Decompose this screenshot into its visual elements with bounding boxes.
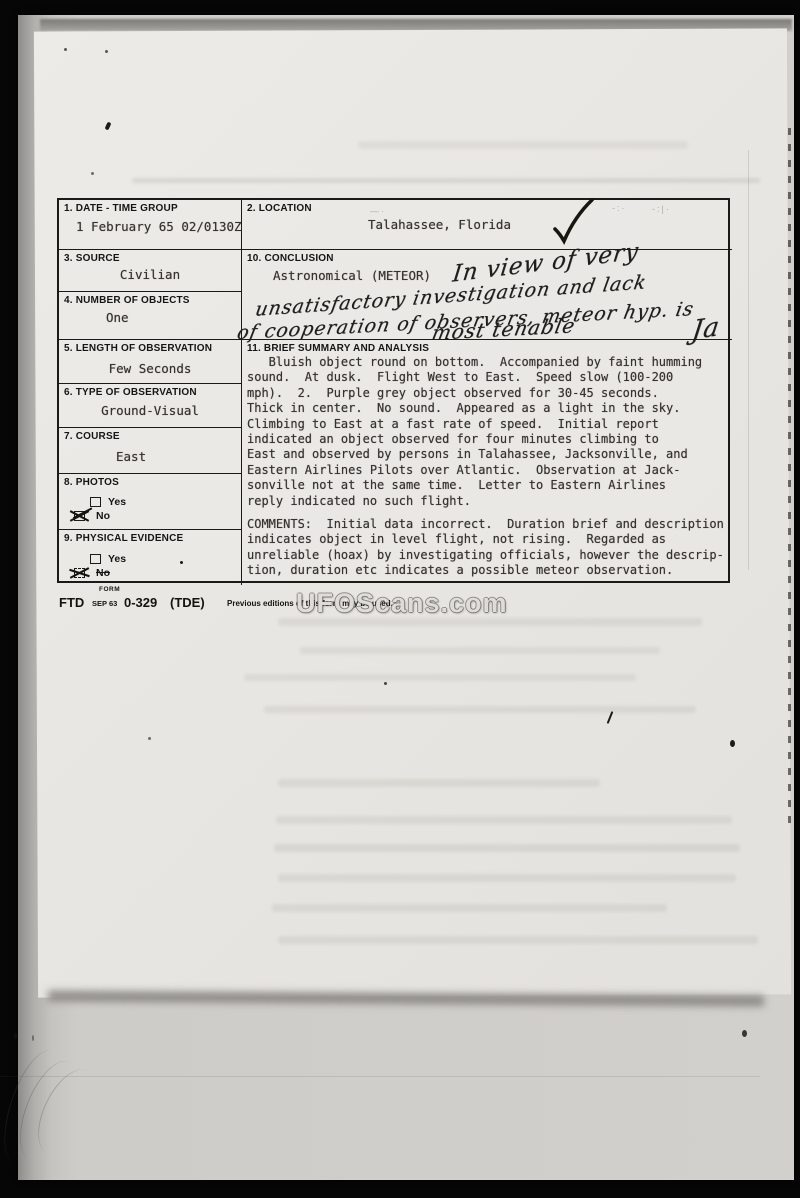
field-course: 7. COURSE East	[59, 427, 242, 473]
handwritten-checkmark-icon	[551, 196, 597, 246]
scanned-ufo-report-page: { "form": { "fields": { "date_time_group…	[0, 0, 800, 1198]
field-brief-summary: 11. BRIEF SUMMARY AND ANALYSIS Bluish ob…	[242, 339, 732, 585]
bleedthrough-line	[278, 874, 736, 882]
field-value: Ground-Visual	[64, 403, 236, 418]
ink-speck	[180, 561, 183, 564]
field-date-time-group: 1. DATE - TIME GROUP 1 February 65 02/01…	[59, 200, 242, 249]
paper-scratch-line	[0, 1076, 760, 1077]
checkbox-label: Yes	[108, 553, 126, 565]
bleedthrough-line	[300, 647, 660, 654]
photos-yes-row: Yes	[90, 496, 236, 508]
field-photos: 8. PHOTOS Yes No	[59, 473, 242, 529]
field-label: 11. BRIEF SUMMARY AND ANALYSIS	[247, 343, 727, 354]
field-value: Talahassee, Florida	[247, 217, 727, 232]
field-label: 5. LENGTH OF OBSERVATION	[64, 343, 236, 354]
field-label: 7. COURSE	[64, 431, 236, 442]
checkbox-checked-icon	[74, 511, 85, 521]
paper-fold-line	[748, 150, 749, 570]
comments-text: COMMENTS: Initial data incorrect. Durati…	[247, 517, 727, 579]
pencil-scribble: -:·	[612, 203, 627, 213]
ink-speck	[105, 50, 108, 53]
bleedthrough-line	[278, 936, 758, 944]
field-physical-evidence: 9. PHYSICAL EVIDENCE Yes No	[59, 529, 242, 585]
ftd-label: FTD	[59, 595, 84, 610]
field-value: Few Seconds	[64, 361, 236, 376]
field-type-of-observation: 6. TYPE OF OBSERVATION Ground-Visual	[59, 383, 242, 427]
field-value: One	[106, 310, 236, 325]
field-number-of-objects: 4. NUMBER OF OBJECTS One	[59, 291, 242, 339]
field-label: 3. SOURCE	[64, 253, 236, 264]
field-label: 9. PHYSICAL EVIDENCE	[64, 533, 236, 544]
paper-right-edge-marks	[788, 128, 791, 828]
physical-evidence-yes-row: Yes	[90, 553, 236, 565]
form-word-label: FORM	[99, 586, 120, 593]
ink-speck	[64, 48, 67, 51]
pencil-scribble: -:|·	[652, 204, 671, 214]
summary-text: Bluish object round on bottom. Accompani…	[247, 355, 727, 509]
handwritten-initials: Ja	[690, 312, 722, 347]
ink-speck	[384, 682, 387, 685]
field-length-of-observation: 5. LENGTH OF OBSERVATION Few Seconds	[59, 339, 242, 383]
checkbox-unchecked-icon	[90, 554, 101, 564]
ink-speck	[91, 172, 94, 175]
checkbox-label: No	[96, 510, 110, 522]
field-label: 1. DATE - TIME GROUP	[64, 203, 236, 214]
field-label: 4. NUMBER OF OBJECTS	[64, 295, 236, 306]
pencil-scribble: ―·	[370, 206, 386, 216]
bleedthrough-line	[244, 674, 636, 681]
field-value: 1 February 65 02/0130Z	[76, 219, 236, 234]
bleedthrough-line	[264, 706, 696, 713]
bleedthrough-line	[278, 618, 702, 626]
photos-no-row: No	[74, 510, 236, 522]
ink-speck	[742, 1030, 747, 1037]
ink-speck	[32, 1035, 34, 1041]
checkbox-label: No	[96, 567, 110, 579]
checkbox-checked-icon	[74, 568, 85, 578]
form-number: 0-329	[124, 595, 157, 610]
field-label: 6. TYPE OF OBSERVATION	[64, 387, 236, 398]
ink-speck	[14, 1033, 17, 1039]
physical-evidence-no-row: No	[74, 567, 236, 579]
field-value: East	[116, 449, 236, 464]
field-label: 8. PHOTOS	[64, 477, 236, 488]
bleedthrough-line	[276, 816, 732, 824]
field-source: 3. SOURCE Civilian	[59, 249, 242, 291]
checkbox-unchecked-icon	[90, 497, 101, 507]
bleedthrough-line	[132, 178, 760, 183]
checkbox-label: Yes	[108, 496, 126, 508]
form-sep-date: SEP 63	[92, 599, 117, 608]
bleedthrough-line	[358, 141, 688, 149]
ufoscans-watermark: UFOScans.com	[296, 588, 508, 619]
bleedthrough-line	[274, 844, 740, 852]
ink-speck	[148, 737, 151, 740]
bleedthrough-line	[278, 779, 600, 787]
bleedthrough-line	[272, 904, 667, 912]
ink-speck	[730, 740, 735, 747]
form-tde: (TDE)	[170, 595, 205, 610]
field-value: Civilian	[64, 267, 236, 282]
